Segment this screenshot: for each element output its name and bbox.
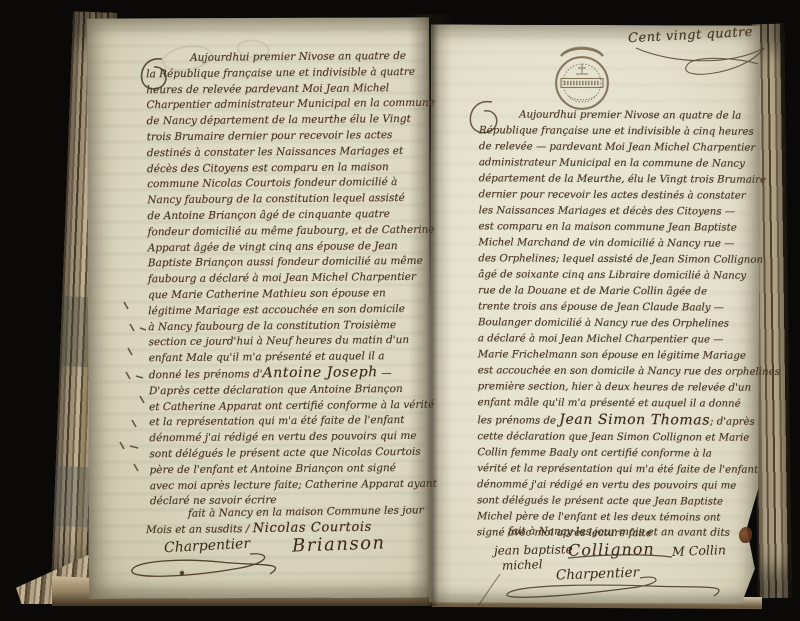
manuscript-line: vérité et la représentation qui m'a été … (477, 461, 757, 478)
manuscript-line: Aujourdhui premier Nivose an quatre de l… (519, 107, 759, 124)
manuscript-line: rue de la Douane et de Marie Collin âgée… (478, 283, 758, 300)
manuscript-line: est accouchée en son domicile à Nancy ru… (478, 363, 758, 380)
manuscript-line: cette déclaration que Jean Simon Collign… (477, 429, 757, 446)
manuscript-line: Marie Frichelmann son épouse en légitime… (478, 347, 758, 364)
right-page-text: Aujourdhui premier Nivose an quatre de l… (477, 107, 759, 542)
emphasized-name: Jean Simon Thomas (559, 412, 710, 429)
ink-blot (739, 527, 752, 543)
manuscript-line: est comparu en la maison commune Jean Ba… (478, 219, 758, 236)
manuscript-line: administrateur Municipal en la commune d… (479, 155, 759, 172)
manuscript-line: de relevée — pardevant Moi Jean Michel C… (479, 139, 759, 156)
manuscript-line: Aujourdhui premier Nivose an quatre de (190, 49, 426, 67)
manuscript-line: Collin femme Baaly ont certifié conforme… (477, 445, 757, 462)
manuscript-line: Michel Marchand de vin domicilié à Nancy… (478, 235, 758, 252)
manuscript-line: les prénoms de Jean Simon Thomas; d'aprè… (477, 411, 757, 430)
manuscript-line: département de la Meurthe, élu le Vingt … (479, 171, 759, 188)
left-page-text: Aujourdhui premier Nivose an quatre dela… (146, 49, 430, 511)
signature-collignon: Collignon (568, 539, 655, 560)
signature-michel: michel (502, 557, 543, 572)
manuscript-line: donné les prénoms d'Antoine Joseph — (149, 365, 429, 384)
right-closing-line: fait à Nancy les jour mois et an avant d… (508, 525, 730, 539)
manuscript-line: a déclaré à moi Jean Michel Charpentier … (478, 331, 758, 348)
manuscript-line: père de l'enfant et Antoine Briançon ont… (150, 460, 430, 478)
manuscript-line: dénommé j'ai rédigé en vertu des pouvoir… (477, 477, 757, 494)
manuscript-line: trente trois ans épouse de Jean Claude B… (478, 299, 758, 316)
manuscript-line: des Orphelines; lequel assisté de Jean S… (478, 251, 758, 268)
manuscript-line: République française une et indivisible … (479, 123, 759, 140)
manuscript-line: fondeur domicilié au même faubourg, et d… (148, 223, 428, 241)
manuscript-line: D'après cette déclaration que Antoine Br… (149, 382, 429, 400)
signature-charpentier-right: Charpentier (556, 565, 640, 584)
emphasized-name: Antoine Joseph (262, 364, 377, 381)
manuscript-line: première section, hier à deux heures de … (478, 379, 758, 396)
manuscript-line: dernier pour recevoir les actes destinés… (479, 187, 759, 204)
manuscript-line: faubourg a déclaré à moi Jean Michel Cha… (148, 270, 428, 288)
manuscript-line: avec moi après lecture faite; Catherine … (150, 476, 430, 494)
closing-text: Mois et an susdits / (146, 523, 250, 536)
manuscript-line: Michel père de l'enfant et les deux témo… (477, 509, 757, 526)
manuscript-line: Boulanger domicilié à Nancy rue des Orph… (478, 315, 758, 332)
signature-brianson: Brianson (292, 532, 386, 556)
manuscript-line: section ce jourd'hui à Neuf heures du ma… (148, 333, 428, 351)
manuscript-line: la République française une et indivisib… (146, 65, 426, 83)
manuscript-line: enfant mâle qu'il m'a présenté et auquel… (478, 395, 758, 412)
manuscript-line: âgé de soixante cinq ans Libraire domici… (478, 267, 758, 284)
manuscript-line: destinés à constater les Naissances Mari… (147, 144, 427, 162)
manuscript-line: légitime Mariage est accouchée en son do… (148, 302, 428, 320)
manuscript-line: sont délégués le présent acte que Jean B… (477, 493, 757, 510)
register-scan: Aujourdhui premier Nivose an quatre dela… (0, 0, 800, 621)
signature-jean-baptiste: jean baptiste (494, 542, 573, 557)
manuscript-line: les Naissances Mariages et décès des Cit… (479, 203, 759, 220)
signature-m-collin: M Collin (672, 542, 726, 559)
